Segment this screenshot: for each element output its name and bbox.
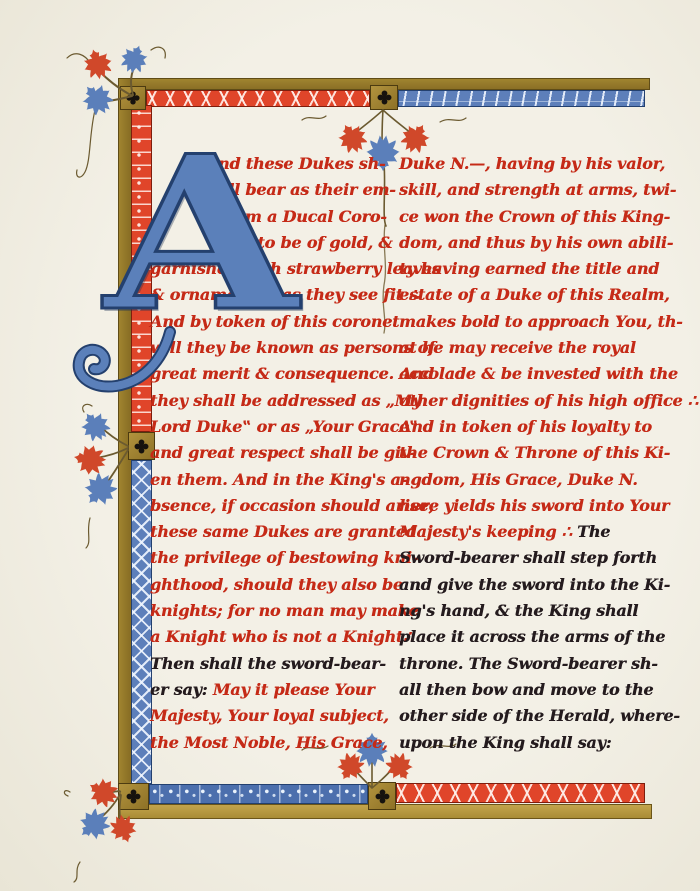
leaf-spray-left-middle xyxy=(62,400,162,550)
red-ink-text: ghthood, should they also be xyxy=(150,575,403,594)
leaf-spray-bottom-left xyxy=(60,770,170,880)
red-ink-text: knights; for no man may make xyxy=(150,601,419,620)
text-line: ty having earned the title and xyxy=(399,256,657,282)
text-line: Majesty, Your loyal subject, xyxy=(150,703,395,729)
black-ink-text: other side of the Herald, where- xyxy=(399,706,680,725)
red-leaf-icon xyxy=(71,442,108,477)
text-line: and give the sword into the Ki- xyxy=(399,572,657,598)
red-ink-text: Majesty's keeping ∴ xyxy=(399,522,577,541)
red-ink-text: and great respect shall be giv- xyxy=(150,443,416,462)
manuscript-photo: { "document": { "initial_letter": "A", "… xyxy=(0,0,700,891)
black-ink-text: all then bow and move to the xyxy=(399,680,653,699)
black-ink-text: place it across the arms of the xyxy=(399,627,665,646)
text-line: ce won the Crown of this King- xyxy=(399,204,657,230)
red-leaf-icon xyxy=(83,773,124,813)
text-line: the Crown & Throne of this Ki- xyxy=(399,440,657,466)
text-line: knights; for no man may make xyxy=(150,598,395,624)
text-line: place it across the arms of the xyxy=(399,624,657,650)
red-ink-text: these same Dukes are granted xyxy=(150,522,417,541)
red-ink-text: ce won the Crown of this King- xyxy=(399,207,670,226)
text-line: the privilege of bestowing kni- xyxy=(150,545,395,571)
red-leaf-icon xyxy=(106,811,141,847)
text-column-right: Duke N.—, having by his valor,skill, and… xyxy=(399,151,657,756)
text-line: er say: May it please Your xyxy=(150,677,395,703)
red-ink-text: other dignities of his high office ∴ xyxy=(399,391,698,410)
black-ink-text: The xyxy=(577,522,610,541)
red-leaf-icon xyxy=(79,45,115,83)
red-ink-text: May it please Your xyxy=(213,680,375,699)
red-ink-text: the privilege of bestowing kni- xyxy=(150,548,418,567)
text-line: other dignities of his high office ∴ xyxy=(399,388,657,414)
blue-leaf-icon xyxy=(117,41,152,77)
red-ink-text: en them. And in the King's a- xyxy=(150,470,407,489)
red-ink-text: the Most Noble, His Grace, xyxy=(150,733,388,752)
text-line: a Knight who is not a Knight∴ xyxy=(150,624,395,650)
red-ink-text: dom, and thus by his own abili- xyxy=(399,233,673,252)
red-ink-text: at he may receive the royal xyxy=(399,338,636,357)
text-line: bsence, if occasion should arise, xyxy=(150,493,395,519)
text-line: here yields his sword into Your xyxy=(399,493,657,519)
text-line: And in token of his loyalty to xyxy=(399,414,657,440)
text-line: Sword-bearer shall step forth xyxy=(399,545,657,571)
red-ink-text: estate of a Duke of this Realm, xyxy=(399,285,670,304)
red-ink-text: the Crown & Throne of this Ki- xyxy=(399,443,670,462)
black-ink-text: Sword-bearer shall step forth xyxy=(399,548,657,567)
initial-letter-A: A xyxy=(104,128,298,340)
text-line: at he may receive the royal xyxy=(399,335,657,361)
black-ink-text: upon the King shall say: xyxy=(399,733,611,752)
text-line: Duke N.—, having by his valor, xyxy=(399,151,657,177)
black-ink-text: ng's hand, & the King shall xyxy=(399,601,638,620)
text-line: estate of a Duke of this Realm, xyxy=(399,282,657,308)
black-ink-text: and give the sword into the Ki- xyxy=(399,575,670,594)
red-ink-text: bsence, if occasion should arise, xyxy=(150,496,434,515)
text-line: throne. The Sword-bearer sh- xyxy=(399,651,657,677)
text-line: all then bow and move to the xyxy=(399,677,657,703)
red-ink-text: Duke N.—, having by his valor, xyxy=(399,154,665,173)
black-ink-text: er say: xyxy=(150,680,213,699)
text-line: ngdom, His Grace, Duke N. xyxy=(399,467,657,493)
text-line: the Most Noble, His Grace, xyxy=(150,730,395,756)
text-line: ghthood, should they also be xyxy=(150,572,395,598)
red-ink-text: here yields his sword into Your xyxy=(399,496,669,515)
text-line: makes bold to approach You, th- xyxy=(399,309,657,335)
black-ink-text: throne. The Sword-bearer sh- xyxy=(399,654,658,673)
red-ink-text: ngdom, His Grace, Duke N. xyxy=(399,470,638,489)
border-band-top-blue-wave xyxy=(398,90,645,107)
red-ink-text: And in token of his loyalty to xyxy=(399,417,652,436)
initial-letter-tail xyxy=(50,320,230,420)
red-ink-text: makes bold to approach You, th- xyxy=(399,312,683,331)
black-ink-text: Then shall the sword-bear- xyxy=(150,654,386,673)
text-line: and great respect shall be giv- xyxy=(150,440,395,466)
red-ink-text: Majesty, Your loyal subject, xyxy=(150,706,389,725)
text-line: Majesty's keeping ∴ The xyxy=(399,519,657,545)
text-line: Then shall the sword-bear- xyxy=(150,651,395,677)
text-line: dom, and thus by his own abili- xyxy=(399,230,657,256)
quatrefoil-icon xyxy=(376,89,393,106)
text-line: skill, and strength at arms, twi- xyxy=(399,177,657,203)
text-line: these same Dukes are granted xyxy=(150,519,395,545)
red-ink-text: a Knight who is not a Knight∴ xyxy=(150,627,413,646)
text-line: upon the King shall say: xyxy=(399,730,657,756)
red-ink-text: ty having earned the title and xyxy=(399,259,659,278)
red-ink-text: accolade & be invested with the xyxy=(399,364,678,383)
text-line: accolade & be invested with the xyxy=(399,361,657,387)
blue-leaf-icon xyxy=(77,467,123,513)
text-line: en them. And in the King's a- xyxy=(150,467,395,493)
border-junction-top-middle xyxy=(370,85,398,110)
red-ink-text: skill, and strength at arms, twi- xyxy=(399,180,676,199)
text-line: ng's hand, & the King shall xyxy=(399,598,657,624)
text-line: other side of the Herald, where- xyxy=(399,703,657,729)
